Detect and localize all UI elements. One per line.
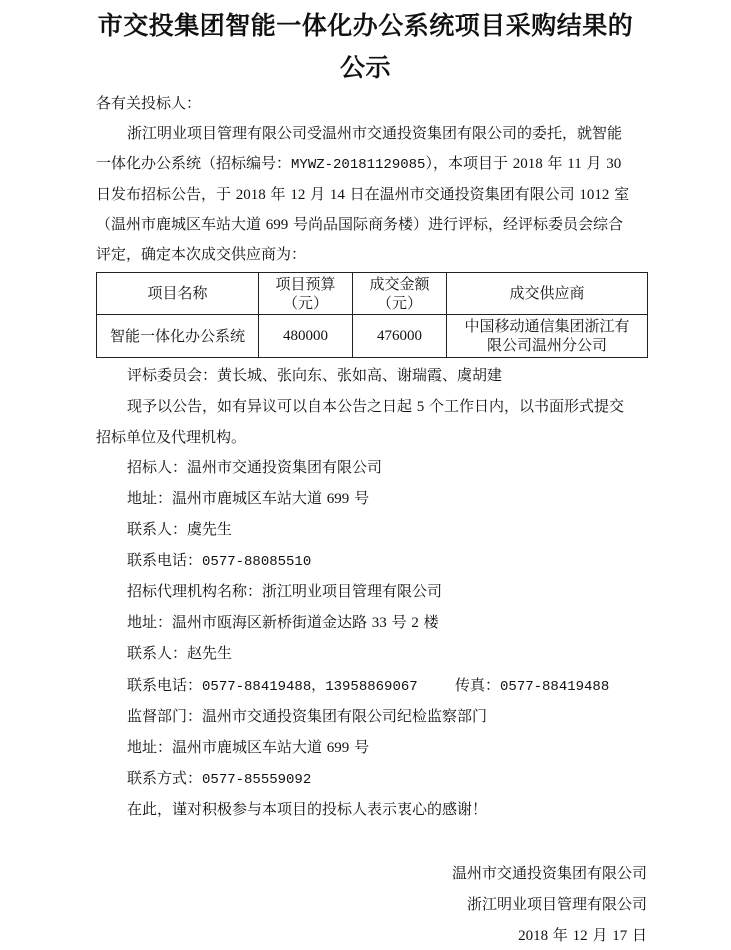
tenderer: 招标人：温州市交通投资集团有限公司 (127, 457, 382, 477)
agency-address: 地址：温州市瓯海区新桥街道金达路 33 号 2 楼 (127, 612, 439, 633)
signature-org-1: 温州市交通投资集团有限公司 (452, 862, 647, 883)
result-table: 项目名称 项目预算 （元） 成交金额 （元） 成交供应商 智能一体化办公系统 4… (96, 272, 648, 358)
table-header-row: 项目名称 项目预算 （元） 成交金额 （元） 成交供应商 (97, 273, 648, 315)
header-amount: 成交金额 （元） (353, 273, 447, 315)
tenderer-address: 地址：温州市鹿城区车站大道 699 号 (127, 488, 369, 509)
tenderer-contact: 联系人：虞先生 (127, 519, 232, 539)
cell-budget: 480000 (259, 315, 353, 358)
tenderer-phone: 联系电话：0577-88085510 (127, 550, 311, 572)
signature-date: 2018 年 12 月 17 日 (518, 924, 647, 945)
supervision: 监督部门：温州市交通投资集团有限公司纪检监察部门 (127, 706, 487, 726)
table-row: 智能一体化办公系统 480000 476000 中国移动通信集团浙江有 限公司温… (97, 315, 648, 358)
agency-fax: 传真：0577-88419488 (455, 675, 609, 697)
signature-org-2: 浙江明业项目管理有限公司 (467, 893, 647, 914)
supervision-contact: 联系方式：0577-85559092 (127, 768, 311, 790)
cell-amount: 476000 (353, 315, 447, 358)
intro-line-2: 一体化办公系统（招标编号：MYWZ-20181129085），本项目于 2018… (96, 153, 621, 175)
cell-project-name: 智能一体化办公系统 (97, 315, 259, 358)
header-budget: 项目预算 （元） (259, 273, 353, 315)
committee: 评标委员会：黄长城、张向东、张如高、谢瑞霞、虞胡建 (127, 365, 502, 385)
notice-line-1: 现予以公告，如有异议可以自本公告之日起 5 个工作日内，以书面形式提交 (127, 396, 624, 417)
supervision-address: 地址：温州市鹿城区车站大道 699 号 (127, 737, 369, 758)
header-supplier: 成交供应商 (447, 273, 648, 315)
intro-line-1: 浙江明业项目管理有限公司受温州市交通投资集团有限公司的委托，就智能 (127, 123, 622, 143)
notice-line-2: 招标单位及代理机构。 (96, 427, 246, 447)
document-title-line-1: 市交投集团智能一体化办公系统项目采购结果的 (0, 6, 731, 42)
intro-line-3: 日发布招标公告，于 2018 年 12 月 14 日在温州市交通投资集团有限公司… (96, 184, 629, 205)
agency-contact: 联系人：赵先生 (127, 643, 232, 663)
header-project-name: 项目名称 (97, 273, 259, 315)
cell-supplier: 中国移动通信集团浙江有 限公司温州分公司 (447, 315, 648, 358)
thanks: 在此，谨对积极参与本项目的投标人表示衷心的感谢！ (127, 799, 487, 819)
agency: 招标代理机构名称：浙江明业项目管理有限公司 (127, 581, 442, 601)
intro-line-5: 评定，确定本次成交供应商为： (96, 244, 306, 264)
intro-line-4: （温州市鹿城区车站大道 699 号尚品国际商务楼）进行评标，经评标委员会综合 (96, 214, 623, 235)
bid-number: MYWZ-20181129085 (291, 157, 425, 173)
agency-phone: 联系电话：0577-88419488，13958869067 (127, 675, 418, 697)
salutation: 各有关投标人： (96, 93, 201, 113)
document-title-line-2: 公示 (0, 48, 731, 84)
